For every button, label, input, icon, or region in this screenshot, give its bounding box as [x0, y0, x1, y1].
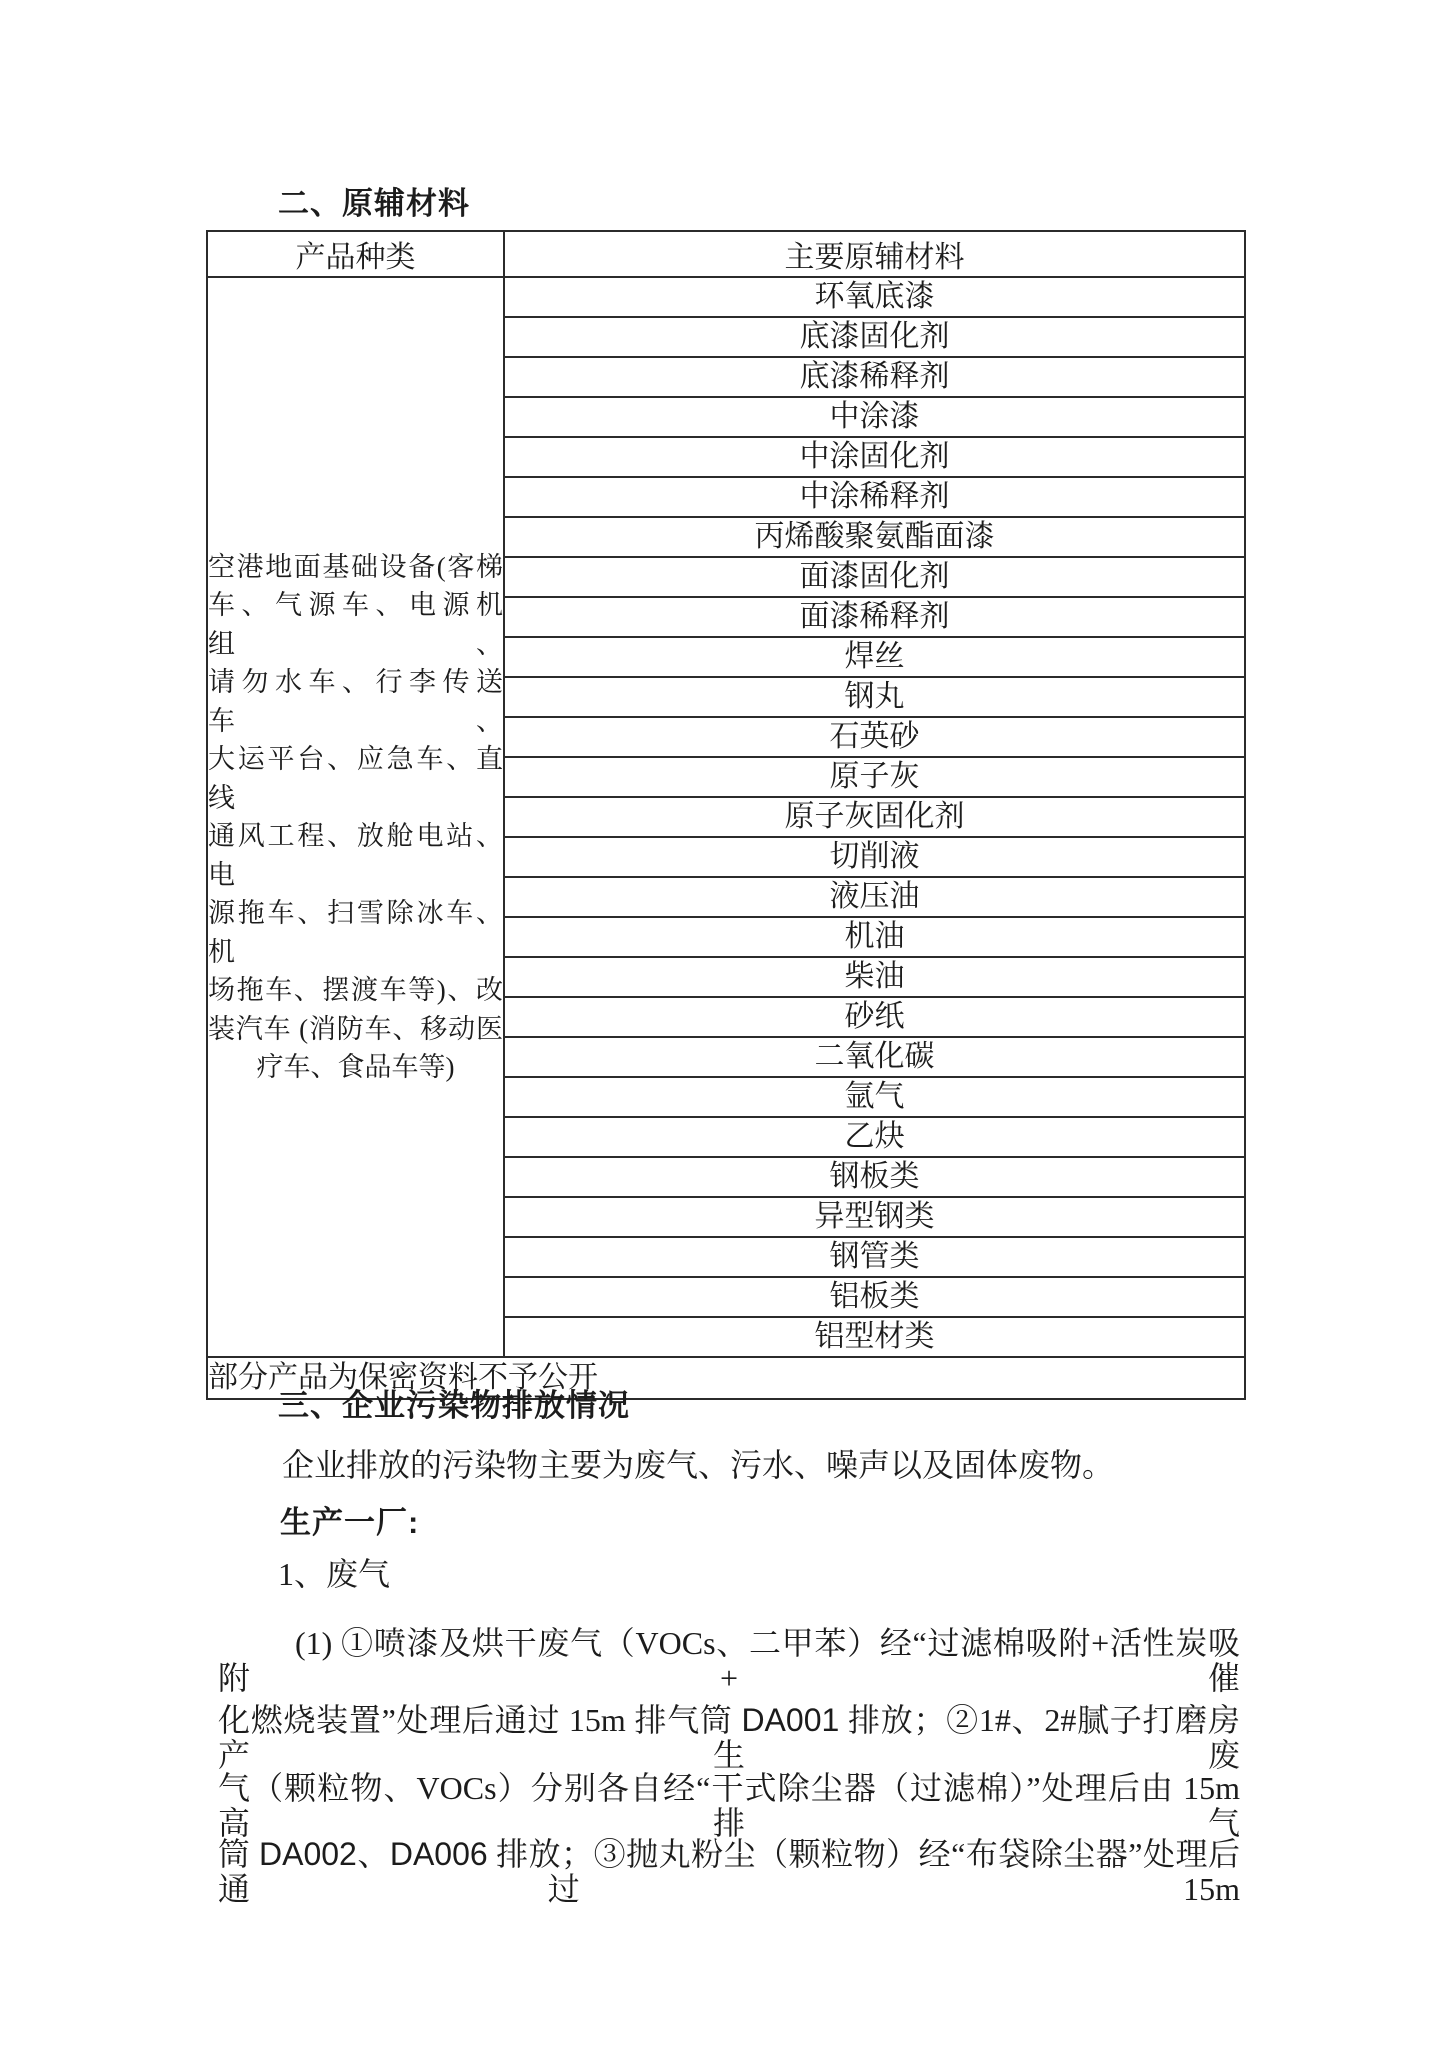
material-cell: 液压油 [504, 877, 1245, 917]
product-category-line: 请勿水车、行李传送车、 [208, 663, 503, 740]
material-cell: 底漆固化剂 [504, 317, 1245, 357]
product-category-line: 源拖车、扫雪除冰车、机 [208, 894, 503, 971]
section2-heading: 二、原辅材料 [218, 186, 1240, 222]
material-cell: 中涂稀释剂 [504, 477, 1245, 517]
factory-subheading: 生产一厂: [218, 1505, 1240, 1540]
material-cell: 异型钢类 [504, 1197, 1245, 1237]
column-header-materials: 主要原辅材料 [504, 231, 1245, 277]
material-cell: 原子灰固化剂 [504, 797, 1245, 837]
stack-code: DA002 [259, 1836, 357, 1872]
material-cell: 钢丸 [504, 677, 1245, 717]
product-category-line: 空港地面基础设备(客梯 [208, 548, 503, 587]
stack-code: DA001 [741, 1702, 839, 1738]
section3-heading: 三、企业污染物排放情况 [218, 1388, 1240, 1424]
material-cell: 钢板类 [504, 1157, 1245, 1197]
paragraph-line: 化燃烧装置”处理后通过 15m 排气筒 DA001 排放；②1#、2#腻子打磨房… [218, 1703, 1240, 1773]
column-header-product: 产品种类 [207, 231, 504, 277]
material-cell: 面漆稀释剂 [504, 597, 1245, 637]
material-cell: 柴油 [504, 957, 1245, 997]
material-cell: 中涂固化剂 [504, 437, 1245, 477]
document-page: 二、原辅材料 产品种类 主要原辅材料 空港地面基础设备(客梯车、气源车、电源机组… [0, 0, 1448, 2048]
product-category-cell: 空港地面基础设备(客梯车、气源车、电源机组、请勿水车、行李传送车、大运平台、应急… [207, 277, 504, 1357]
material-cell: 环氧底漆 [504, 277, 1245, 317]
stack-code: DA006 [390, 1836, 488, 1872]
material-cell: 原子灰 [504, 757, 1245, 797]
paragraph-line: (1) ①喷漆及烘干废气（VOCs、二甲苯）经“过滤棉吸附+活性炭吸附+催 [218, 1626, 1240, 1696]
material-cell: 铝板类 [504, 1277, 1245, 1317]
product-category-line: 通风工程、放舱电站、电 [208, 817, 503, 894]
material-cell: 底漆稀释剂 [504, 357, 1245, 397]
material-cell: 乙炔 [504, 1117, 1245, 1157]
material-cell: 机油 [504, 917, 1245, 957]
table-header-row: 产品种类 主要原辅材料 [207, 231, 1245, 277]
material-cell: 砂纸 [504, 997, 1245, 1037]
material-cell: 中涂漆 [504, 397, 1245, 437]
material-cell: 二氧化碳 [504, 1037, 1245, 1077]
materials-table: 产品种类 主要原辅材料 空港地面基础设备(客梯车、气源车、电源机组、请勿水车、行… [206, 230, 1246, 1400]
product-category-line: 车、气源车、电源机组、 [208, 586, 503, 663]
material-cell: 铝型材类 [504, 1317, 1245, 1357]
product-category-line: 场拖车、摆渡车等)、改 [208, 971, 503, 1010]
material-cell: 丙烯酸聚氨酯面漆 [504, 517, 1245, 557]
material-cell: 石英砂 [504, 717, 1245, 757]
product-category-line: 装汽车 (消防车、移动医 [208, 1010, 503, 1049]
product-category-line: 疗车、食品车等) [208, 1048, 503, 1087]
intro-line: 企业排放的污染物主要为废气、污水、噪声以及固体废物。 [218, 1448, 1240, 1483]
material-cell: 面漆固化剂 [504, 557, 1245, 597]
waste-gas-subheading: 1、废气 [218, 1557, 1240, 1592]
material-cell: 钢管类 [504, 1237, 1245, 1277]
table-row: 空港地面基础设备(客梯车、气源车、电源机组、请勿水车、行李传送车、大运平台、应急… [207, 277, 1245, 317]
material-cell: 氩气 [504, 1077, 1245, 1117]
product-category-line: 大运平台、应急车、直线 [208, 740, 503, 817]
material-cell: 焊丝 [504, 637, 1245, 677]
paragraph-line: 筒 DA002、DA006 排放；③抛丸粉尘（颗粒物）经“布袋除尘器”处理后通过… [218, 1837, 1240, 1907]
paragraph-line: 气（颗粒物、VOCs）分别各自经“干式除尘器（过滤棉）”处理后由 15m 高排气 [218, 1771, 1240, 1841]
material-cell: 切削液 [504, 837, 1245, 877]
